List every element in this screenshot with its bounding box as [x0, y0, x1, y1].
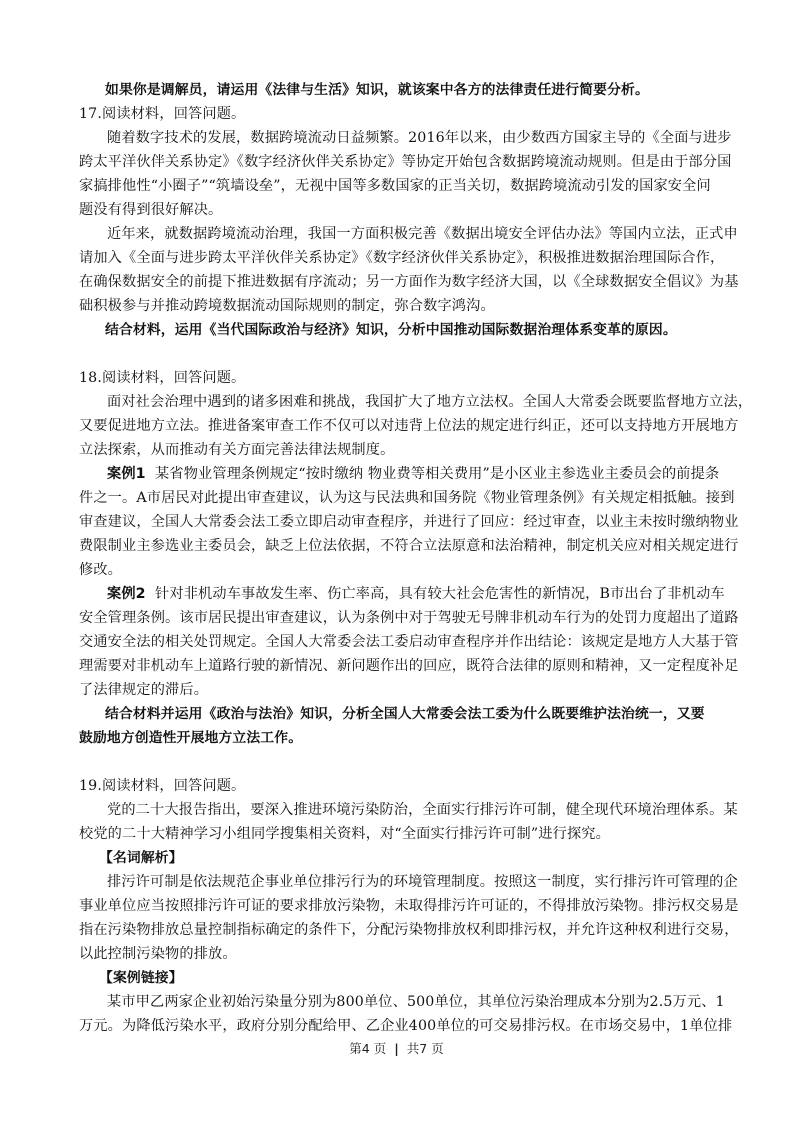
question-17-heading: 17.阅读材料，回答问题。: [79, 102, 719, 126]
q18-case2-line: 交通安全法的相关处罚规定。全国人大常委会法工委启动审查程序并作出结论：该规定是地…: [79, 630, 719, 654]
q17-paragraph-line: 础积极参与并推动跨境数据流动国际规则的制定，弥合数字鸿沟。: [79, 294, 719, 318]
question-18-heading: 18.阅读材料，回答问题。: [79, 366, 719, 390]
section-title-case: 【案例链接】: [79, 966, 719, 990]
spacer: [79, 750, 719, 774]
section-title-term: 【名词解析】: [79, 846, 719, 870]
q18-intro-line: 面对社会治理中遇到的诸多困难和挑战，我国扩大了地方立法权。全国人大常委会既要监督…: [79, 390, 719, 414]
question-18-prompt-cont: 鼓励地方创造性开展地方立法工作。: [79, 726, 719, 750]
q18-intro-line: 立法探索，从而推动有关方面完善法律法规制度。: [79, 438, 719, 462]
q17-paragraph-line: 家搞排他性“小圈子”“筑墙设垒”，无视中国等多数国家的正当关切，数据跨境流动引发…: [79, 174, 719, 198]
q18-case1-line: 修改。: [79, 558, 719, 582]
q19-term-line: 排污许可制是依法规范企事业单位排污行为的环境管理制度。按照这一制度，实行排污许可…: [79, 870, 719, 894]
case2-text: 针对非机动车事故发生率、伤亡率高，具有较大社会危害性的新情况，B市出台了非机动车: [155, 586, 725, 602]
current-page: 第4 页: [349, 1041, 386, 1056]
q17-paragraph-line: 请加入《全面与进步跨太平洋伙伴关系协定》《数字经济伙伴关系协定》，积极推进数据治…: [79, 246, 719, 270]
q17-paragraph-line: 题没有得到很好解决。: [79, 198, 719, 222]
question-16-prompt: 如果你是调解员，请运用《法律与生活》知识，就该案中各方的法律责任进行简要分析。: [79, 78, 719, 102]
footer-separator: |: [394, 1041, 399, 1056]
q19-case-line: 某市甲乙两家企业初始污染量分别为800单位、500单位，其单位污染治理成本分别为…: [79, 990, 719, 1014]
q18-case1-line: 费限制业主参选业主委员会，缺乏上位法依据，不符合立法原意和法治精神，制定机关应对…: [79, 534, 719, 558]
q17-paragraph-line: 在确保数据安全的前提下推进数据有序流动；另一方面作为数字经济大国，以《全球数据安…: [79, 270, 719, 294]
q17-paragraph-line: 随着数字技术的发展，数据跨境流动日益频繁。2016年以来，由少数西方国家主导的《…: [79, 126, 719, 150]
total-pages: 共7 页: [407, 1041, 444, 1056]
q18-case2-line: 安全管理条例。该市居民提出审查建议，认为条例中对于驾驶无号牌非机动车行为的处罚力…: [79, 606, 719, 630]
q18-intro-line: 又要促进地方立法。推进备案审查工作不仅可以对违背上位法的规定进行纠正，还可以支持…: [79, 414, 719, 438]
q19-term-line: 事业单位应当按照排污许可证的要求排放污染物，未取得排污许可证的，不得排放污染物。…: [79, 894, 719, 918]
q18-case1-line: 审查建议，全国人大常委会法工委立即启动审查程序，并进行了回应：经过审查，以业主未…: [79, 510, 719, 534]
spacer: [79, 342, 719, 366]
question-17-prompt: 结合材料，运用《当代国际政治与经济》知识，分析中国推动国际数据治理体系变革的原因…: [79, 318, 719, 342]
question-19-heading: 19.阅读材料，回答问题。: [79, 774, 719, 798]
q19-intro-line: 党的二十大报告指出，要深入推进环境污染防治，全面实行排污许可制，健全现代环境治理…: [79, 798, 719, 822]
case2-label: 案例2: [107, 586, 146, 602]
document-page: 如果你是调解员，请运用《法律与生活》知识，就该案中各方的法律责任进行简要分析。 …: [79, 78, 719, 1038]
q17-paragraph-line: 近年来，就数据跨境流动治理，我国一方面积极完善《数据出境安全评估办法》等国内立法…: [79, 222, 719, 246]
q19-case-line: 万元。为降低污染水平，政府分别分配给甲、乙企业400单位的可交易排污权。在市场交…: [79, 1014, 719, 1038]
case1-text: 某省物业管理条例规定“按时缴纳 物业费等相关费用”是小区业主参选业主委员会的前提…: [155, 466, 719, 482]
q18-case2-line: 理需要对非机动车上道路行驶的新情况、新问题作出的回应，既符合法律的原则和精神，又…: [79, 654, 719, 678]
case1-label: 案例1: [107, 466, 146, 482]
question-18-prompt: 结合材料并运用《政治与法治》知识，分析全国人大常委会法工委为什么既要维护法治统一…: [79, 702, 719, 726]
q19-intro-line: 校党的二十大精神学习小组同学搜集相关资料，对“全面实行排污许可制”进行探究。: [79, 822, 719, 846]
q18-case1-first-line: 案例1 某省物业管理条例规定“按时缴纳 物业费等相关费用”是小区业主参选业主委员…: [79, 462, 719, 486]
q18-case2-first-line: 案例2 针对非机动车事故发生率、伤亡率高，具有较大社会危害性的新情况，B市出台了…: [79, 582, 719, 606]
q18-case1-line: 件之一。A市居民对此提出审查建议，认为这与民法典和国务院《物业管理条例》有关规定…: [79, 486, 719, 510]
q18-case2-line: 了法律规定的滞后。: [79, 678, 719, 702]
q19-term-line: 以此控制污染物的排放。: [79, 942, 719, 966]
q19-term-line: 指在污染物排放总量控制指标确定的条件下，分配污染物排放权利即排污权，并允许这种权…: [79, 918, 719, 942]
q17-paragraph-line: 跨太平洋伙伴关系协定》《数字经济伙伴关系协定》等协定开始包含数据跨境流动规则。但…: [79, 150, 719, 174]
page-footer: 第4 页|共7 页: [0, 1039, 793, 1057]
